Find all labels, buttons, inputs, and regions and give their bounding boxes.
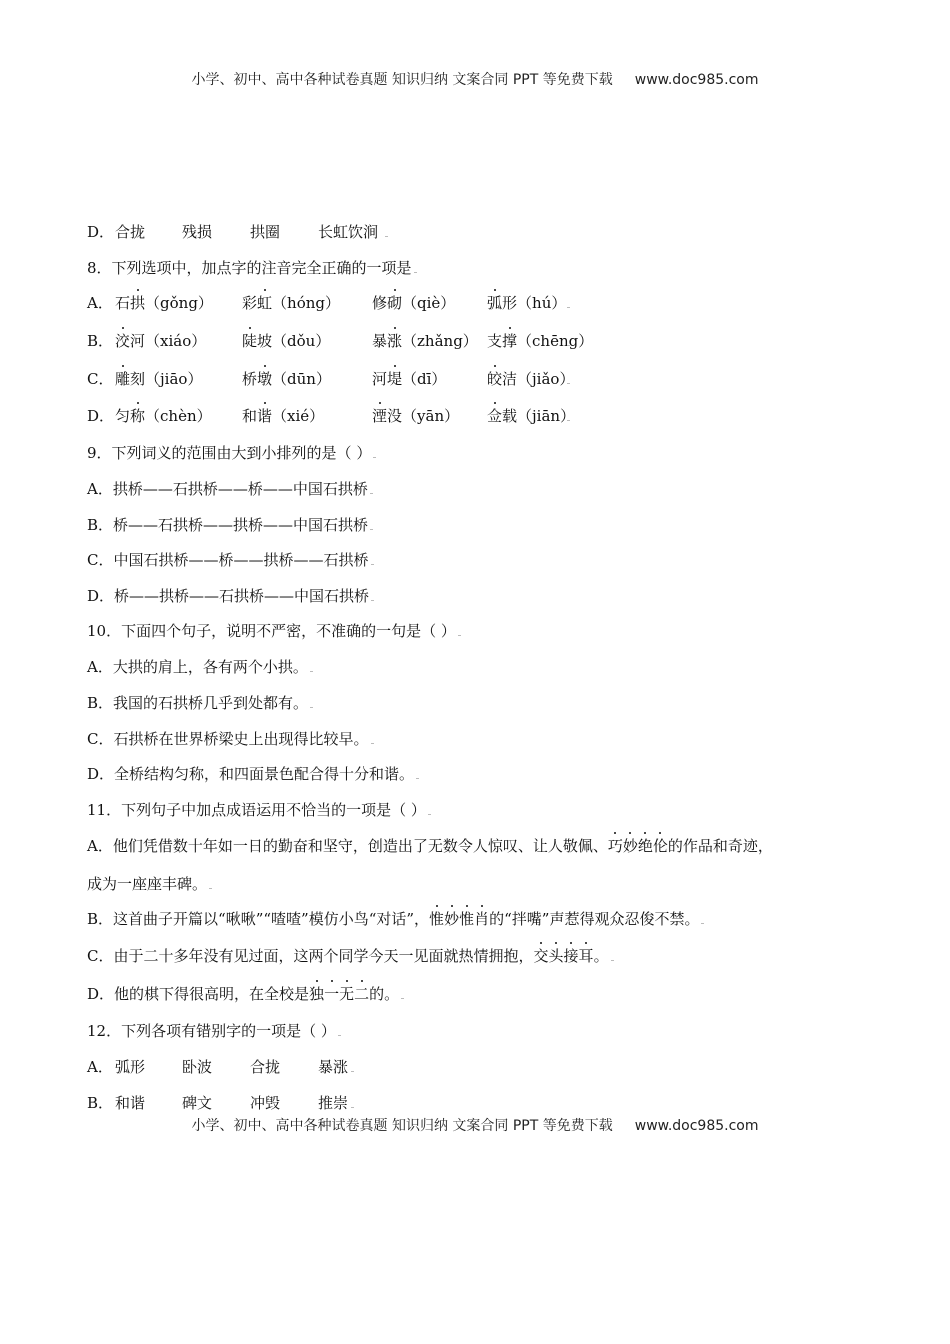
pinyin: （gǒng） — [145, 294, 213, 312]
q8-option-a: A．石拱（gǒng）彩虹（hóng）修砌（qiè）弧形（hú） — [87, 293, 115, 313]
option-text: 全桥结构匀称，和四面景色配合得十分和谐。 — [114, 765, 414, 783]
option-text: 桥——拱桥——石拱桥——中国石拱桥 — [114, 587, 369, 605]
pinyin-item: 彩虹（hóng） — [242, 293, 340, 313]
q11-option-a: A．他们凭借数十年如一日的勤奋和坚守，创造出了无数令人惊叹、让人敬佩、巧妙绝伦的… — [87, 836, 773, 856]
pinyin: （hú） — [517, 294, 566, 312]
word: 长虹饮涧 — [318, 222, 378, 242]
q12-stem: 12．下列各项有错别字的一项是（ ） — [87, 1021, 341, 1041]
question-stem: 8．下列选项中，加点字的注音完全正确的一项是 — [87, 259, 412, 277]
question-stem: 9．下列词义的范围由大到小排列的是（ ） — [87, 444, 371, 462]
option-label: A． — [87, 293, 115, 313]
pinyin-item: 和谐（xié） — [242, 406, 324, 426]
word: 推崇 — [318, 1093, 348, 1113]
header-url: www.doc985.com — [635, 72, 759, 88]
dotted-idiom: 交头接耳 — [534, 947, 594, 965]
word: 卧波 — [182, 1057, 212, 1077]
pinyin-item: 佥载（jiān） — [487, 406, 575, 426]
dotted-char: 涨 — [387, 331, 402, 351]
pinyin-item: 弧形（hú） — [487, 293, 566, 313]
pinyin-item: 陡坡（dǒu） — [242, 331, 330, 351]
option-label: B． — [87, 331, 115, 351]
q10-option-c: C．石拱桥在世界桥梁史上出现得比较早。 — [87, 729, 374, 749]
pinyin: （zhǎng） — [402, 332, 478, 350]
pinyin-item: 石拱（gǒng） — [115, 293, 213, 313]
q11-option-c: C．由于二十多年没有见过面，这两个同学今天一见面就热情拥抱，交头接耳。 — [87, 946, 614, 966]
q11-option-b: B．这首曲子开篇以“啾啾”“喳喳”模仿小鸟“对话”，惟妙惟肖的“拌嘴”声惹得观众… — [87, 909, 704, 929]
option-text: 中国石拱桥——桥——拱桥——石拱桥 — [113, 551, 368, 569]
footer-text: 小学、初中、高中各种试卷真题 知识归纳 文案合同 PPT 等免费下载 — [192, 1118, 613, 1134]
dotted-char: 陡 — [242, 331, 257, 351]
q12-option-a: A．弧形卧波合拢暴涨 — [87, 1057, 115, 1077]
option-label: D． — [87, 985, 114, 1003]
q7-option-d: D．合拢残损拱圈长虹饮涧 — [87, 222, 115, 242]
q10-option-d: D．全桥结构匀称，和四面景色配合得十分和谐。 — [87, 764, 419, 784]
word: 合拢 — [250, 1057, 280, 1077]
option-text: 的作品和奇迹， — [668, 837, 773, 855]
dotted-char: 虹 — [257, 293, 272, 313]
word: 和谐 — [115, 1093, 145, 1113]
pinyin-item: 修砌（qiè） — [372, 293, 455, 313]
option-label: C． — [87, 551, 113, 569]
pinyin-item: 洨河（xiáo） — [115, 331, 206, 351]
dotted-idiom: 巧妙绝伦 — [608, 837, 668, 855]
question-stem: 10．下面四个句子，说明不严密，不准确的一句是（ ） — [87, 622, 456, 640]
word: 暴涨 — [318, 1057, 348, 1077]
word: 碑文 — [182, 1093, 212, 1113]
option-label: B． — [87, 910, 113, 928]
dotted-idiom: 惟妙惟肖 — [429, 910, 489, 928]
pinyin: （xiáo） — [145, 332, 206, 350]
q8-stem: 8．下列选项中，加点字的注音完全正确的一项是 — [87, 258, 417, 278]
q9-option-c: C．中国石拱桥——桥——拱桥——石拱桥 — [87, 550, 374, 570]
option-text: 我国的石拱桥几乎到处都有。 — [113, 694, 308, 712]
option-text: 这首曲子开篇以“啾啾”“喳喳”模仿小鸟“对话”， — [113, 910, 429, 928]
pinyin: （jiāo） — [145, 370, 202, 388]
q9-stem: 9．下列词义的范围由大到小排列的是（ ） — [87, 443, 376, 463]
dotted-char: 撑 — [502, 331, 517, 351]
option-text: 他的棋下得很高明，在全校是 — [114, 985, 309, 1003]
option-label: D． — [87, 222, 115, 242]
pinyin: （dǒu） — [272, 332, 330, 350]
word: 合拢 — [115, 222, 145, 242]
q11-option-d: D．他的棋下得很高明，在全校是独一无二的。 — [87, 984, 404, 1004]
option-text: 拱桥——石拱桥——桥——中国石拱桥 — [113, 480, 368, 498]
pinyin: （qiè） — [402, 294, 455, 312]
word: 残损 — [182, 222, 212, 242]
option-label: B． — [87, 1093, 115, 1113]
option-text: 。 — [594, 947, 609, 965]
q8-option-d: D．匀称（chèn）和谐（xié）湮没（yān）佥载（jiān） — [87, 406, 115, 426]
option-text: 大拱的肩上，各有两个小拱。 — [113, 658, 308, 676]
option-label: C． — [87, 730, 113, 748]
q11-stem: 11．下列句子中加点成语运用不恰当的一项是（ ） — [87, 800, 431, 820]
word: 拱圈 — [250, 222, 280, 242]
dotted-char: 堤 — [387, 369, 402, 389]
option-label: B． — [87, 694, 113, 712]
dotted-char: 谐 — [257, 406, 272, 426]
word: 弧形 — [115, 1057, 145, 1077]
pinyin-item: 湮没（yān） — [372, 406, 459, 426]
option-text: 桥——石拱桥——拱桥——中国石拱桥 — [113, 516, 368, 534]
dotted-char: 皎 — [487, 369, 502, 389]
option-label: A． — [87, 480, 113, 498]
option-label: A． — [87, 658, 113, 676]
option-text: 成为一座座丰碑。 — [87, 875, 207, 893]
page-header: 小学、初中、高中各种试卷真题 知识归纳 文案合同 PPT 等免费下载www.do… — [0, 69, 950, 89]
dotted-char: 佥 — [487, 406, 502, 426]
pinyin: （dūn） — [272, 370, 331, 388]
question-stem: 12．下列各项有错别字的一项是（ ） — [87, 1022, 336, 1040]
pinyin-item: 皎洁（jiǎo） — [487, 369, 574, 389]
pinyin-item: 匀称（chèn） — [115, 406, 212, 426]
q12-option-b: B．和谐碑文冲毁推崇 — [87, 1093, 115, 1113]
q8-option-b: B．洨河（xiáo）陡坡（dǒu）暴涨（zhǎng）支撑（chēng） — [87, 331, 115, 351]
header-text: 小学、初中、高中各种试卷真题 知识归纳 文案合同 PPT 等免费下载 — [192, 72, 613, 88]
option-text: 的。 — [369, 985, 399, 1003]
dotted-idiom: 独一无二 — [309, 985, 369, 1003]
pinyin: （yān） — [402, 407, 459, 425]
pinyin-item: 支撑（chēng） — [487, 331, 593, 351]
pinyin-item: 雕刻（jiāo） — [115, 369, 202, 389]
pinyin: （chèn） — [145, 407, 212, 425]
option-text: 他们凭借数十年如一日的勤奋和坚守，创造出了无数令人惊叹、让人敬佩、 — [113, 837, 608, 855]
option-label: D． — [87, 406, 115, 426]
q9-option-a: A．拱桥——石拱桥——桥——中国石拱桥 — [87, 479, 373, 499]
option-label: C． — [87, 947, 113, 965]
option-label: D． — [87, 765, 114, 783]
option-label: C． — [87, 369, 115, 389]
q10-option-b: B．我国的石拱桥几乎到处都有。 — [87, 693, 313, 713]
pinyin: （dī） — [402, 370, 446, 388]
pinyin: （jiǎo） — [517, 370, 574, 388]
dotted-char: 砌 — [387, 293, 402, 313]
dotted-char: 拱 — [130, 293, 145, 313]
option-label: A． — [87, 837, 113, 855]
option-text: 的“拌嘴”声惹得观众忍俊不禁。 — [489, 910, 699, 928]
footer-url: www.doc985.com — [635, 1118, 759, 1134]
option-text: 石拱桥在世界桥梁史上出现得比较早。 — [113, 730, 368, 748]
q8-option-c: C．雕刻（jiāo）桥墩（dūn）河堤（dī）皎洁（jiǎo） — [87, 369, 115, 389]
option-label: A． — [87, 1057, 115, 1077]
option-text: 由于二十多年没有见过面，这两个同学今天一见面就热情拥抱， — [113, 947, 533, 965]
dotted-char: 弧 — [487, 293, 502, 313]
pinyin: （xié） — [272, 407, 324, 425]
q10-stem: 10．下面四个句子，说明不严密，不准确的一句是（ ） — [87, 621, 461, 641]
option-label: D． — [87, 587, 114, 605]
dotted-char: 雕 — [115, 369, 130, 389]
pinyin-item: 河堤（dī） — [372, 369, 446, 389]
option-label: B． — [87, 516, 113, 534]
dotted-char: 墩 — [257, 369, 272, 389]
word: 冲毁 — [250, 1093, 280, 1113]
q9-option-d: D．桥——拱桥——石拱桥——中国石拱桥 — [87, 586, 374, 606]
pinyin-item: 桥墩（dūn） — [242, 369, 331, 389]
pinyin: （hóng） — [272, 294, 340, 312]
pinyin-item: 暴涨（zhǎng） — [372, 331, 478, 351]
question-stem: 11．下列句子中加点成语运用不恰当的一项是（ ） — [87, 801, 426, 819]
q10-option-a: A．大拱的肩上，各有两个小拱。 — [87, 657, 313, 677]
pinyin: （chēng） — [517, 332, 593, 350]
dotted-char: 洨 — [115, 331, 130, 351]
q9-option-b: B．桥——石拱桥——拱桥——中国石拱桥 — [87, 515, 373, 535]
dotted-char: 湮 — [372, 406, 387, 426]
dotted-char: 称 — [130, 406, 145, 426]
q11-option-a-cont: 成为一座座丰碑。 — [87, 874, 212, 894]
page-footer: 小学、初中、高中各种试卷真题 知识归纳 文案合同 PPT 等免费下载www.do… — [0, 1115, 950, 1135]
